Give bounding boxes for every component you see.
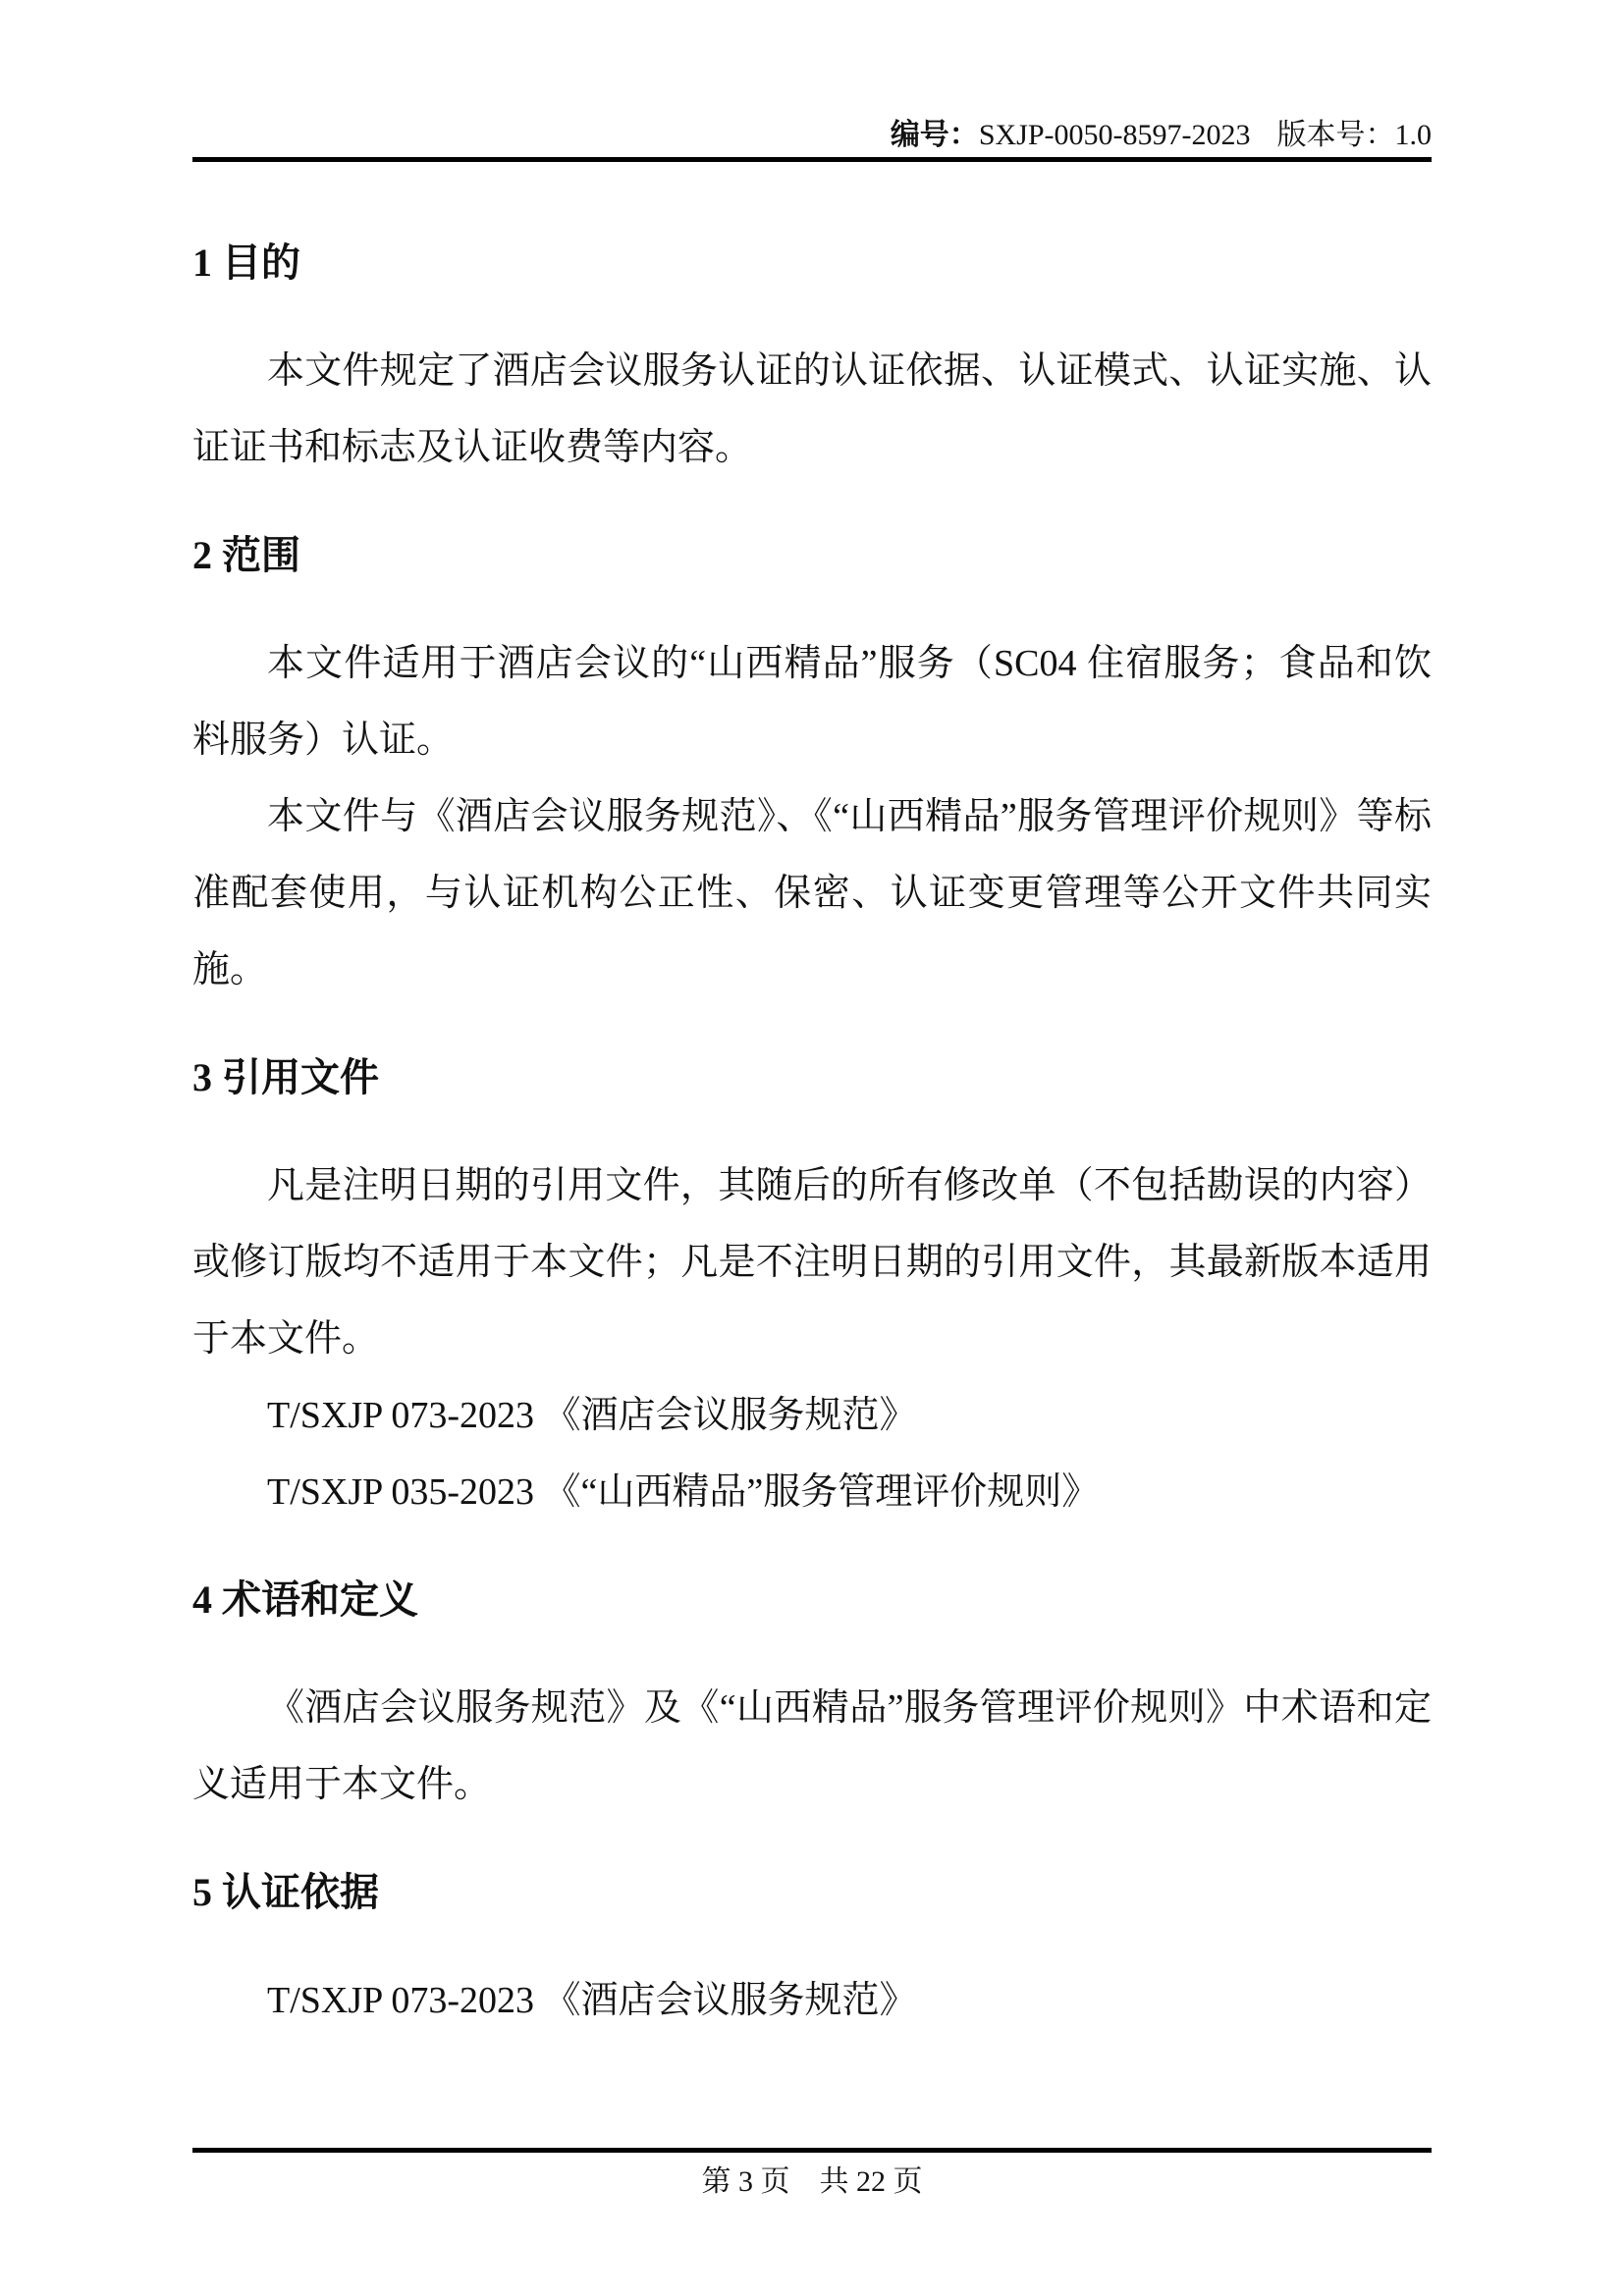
section-5-reference-1: T/SXJP 073-2023 《酒店会议服务规范》 xyxy=(192,1962,1432,2039)
document-page: 编号：SXJP-0050-8597-2023版本号：1.0 1 目的 本文件规定… xyxy=(0,0,1624,2296)
section-5-heading: 5 认证依据 xyxy=(192,1854,1432,1931)
footer-rule xyxy=(192,2148,1432,2153)
section-1-heading: 1 目的 xyxy=(192,225,1432,301)
section-1-paragraph: 本文件规定了酒店会议服务认证的认证依据、认证模式、认证实施、认证证书和标志及认证… xyxy=(192,333,1432,486)
section-2-heading: 2 范围 xyxy=(192,517,1432,594)
page-number: 第 3 页 共 22 页 xyxy=(192,2161,1432,2204)
section-3-reference-2: T/SXJP 035-2023 《“山西精品”服务管理评价规则》 xyxy=(192,1454,1432,1530)
section-3-paragraph-1: 凡是注明日期的引用文件，其随后的所有修改单（不包括勘误的内容）或修订版均不适用于… xyxy=(192,1148,1432,1377)
document-body: 1 目的 本文件规定了酒店会议服务认证的认证依据、认证模式、认证实施、认证证书和… xyxy=(192,162,1432,2039)
doc-number-label: 编号： xyxy=(891,119,979,151)
section-3-heading: 3 引用文件 xyxy=(192,1040,1432,1116)
section-3-reference-1: T/SXJP 073-2023 《酒店会议服务规范》 xyxy=(192,1377,1432,1454)
section-2-paragraph-1: 本文件适用于酒店会议的“山西精品”服务（SC04 住宿服务；食品和饮料服务）认证… xyxy=(192,625,1432,778)
version-value: 1.0 xyxy=(1395,119,1433,151)
section-4-paragraph-1: 《酒店会议服务规范》及《“山西精品”服务管理评价规则》中术语和定义适用于本文件。 xyxy=(192,1670,1432,1823)
doc-number-value: SXJP-0050-8597-2023 xyxy=(979,119,1251,151)
page-header: 编号：SXJP-0050-8597-2023版本号：1.0 xyxy=(192,0,1432,157)
version-label: 版本号： xyxy=(1277,119,1395,151)
section-2-paragraph-2: 本文件与《酒店会议服务规范》、《“山西精品”服务管理评价规则》等标准配套使用，与… xyxy=(192,778,1432,1008)
section-4-heading: 4 术语和定义 xyxy=(192,1562,1432,1638)
